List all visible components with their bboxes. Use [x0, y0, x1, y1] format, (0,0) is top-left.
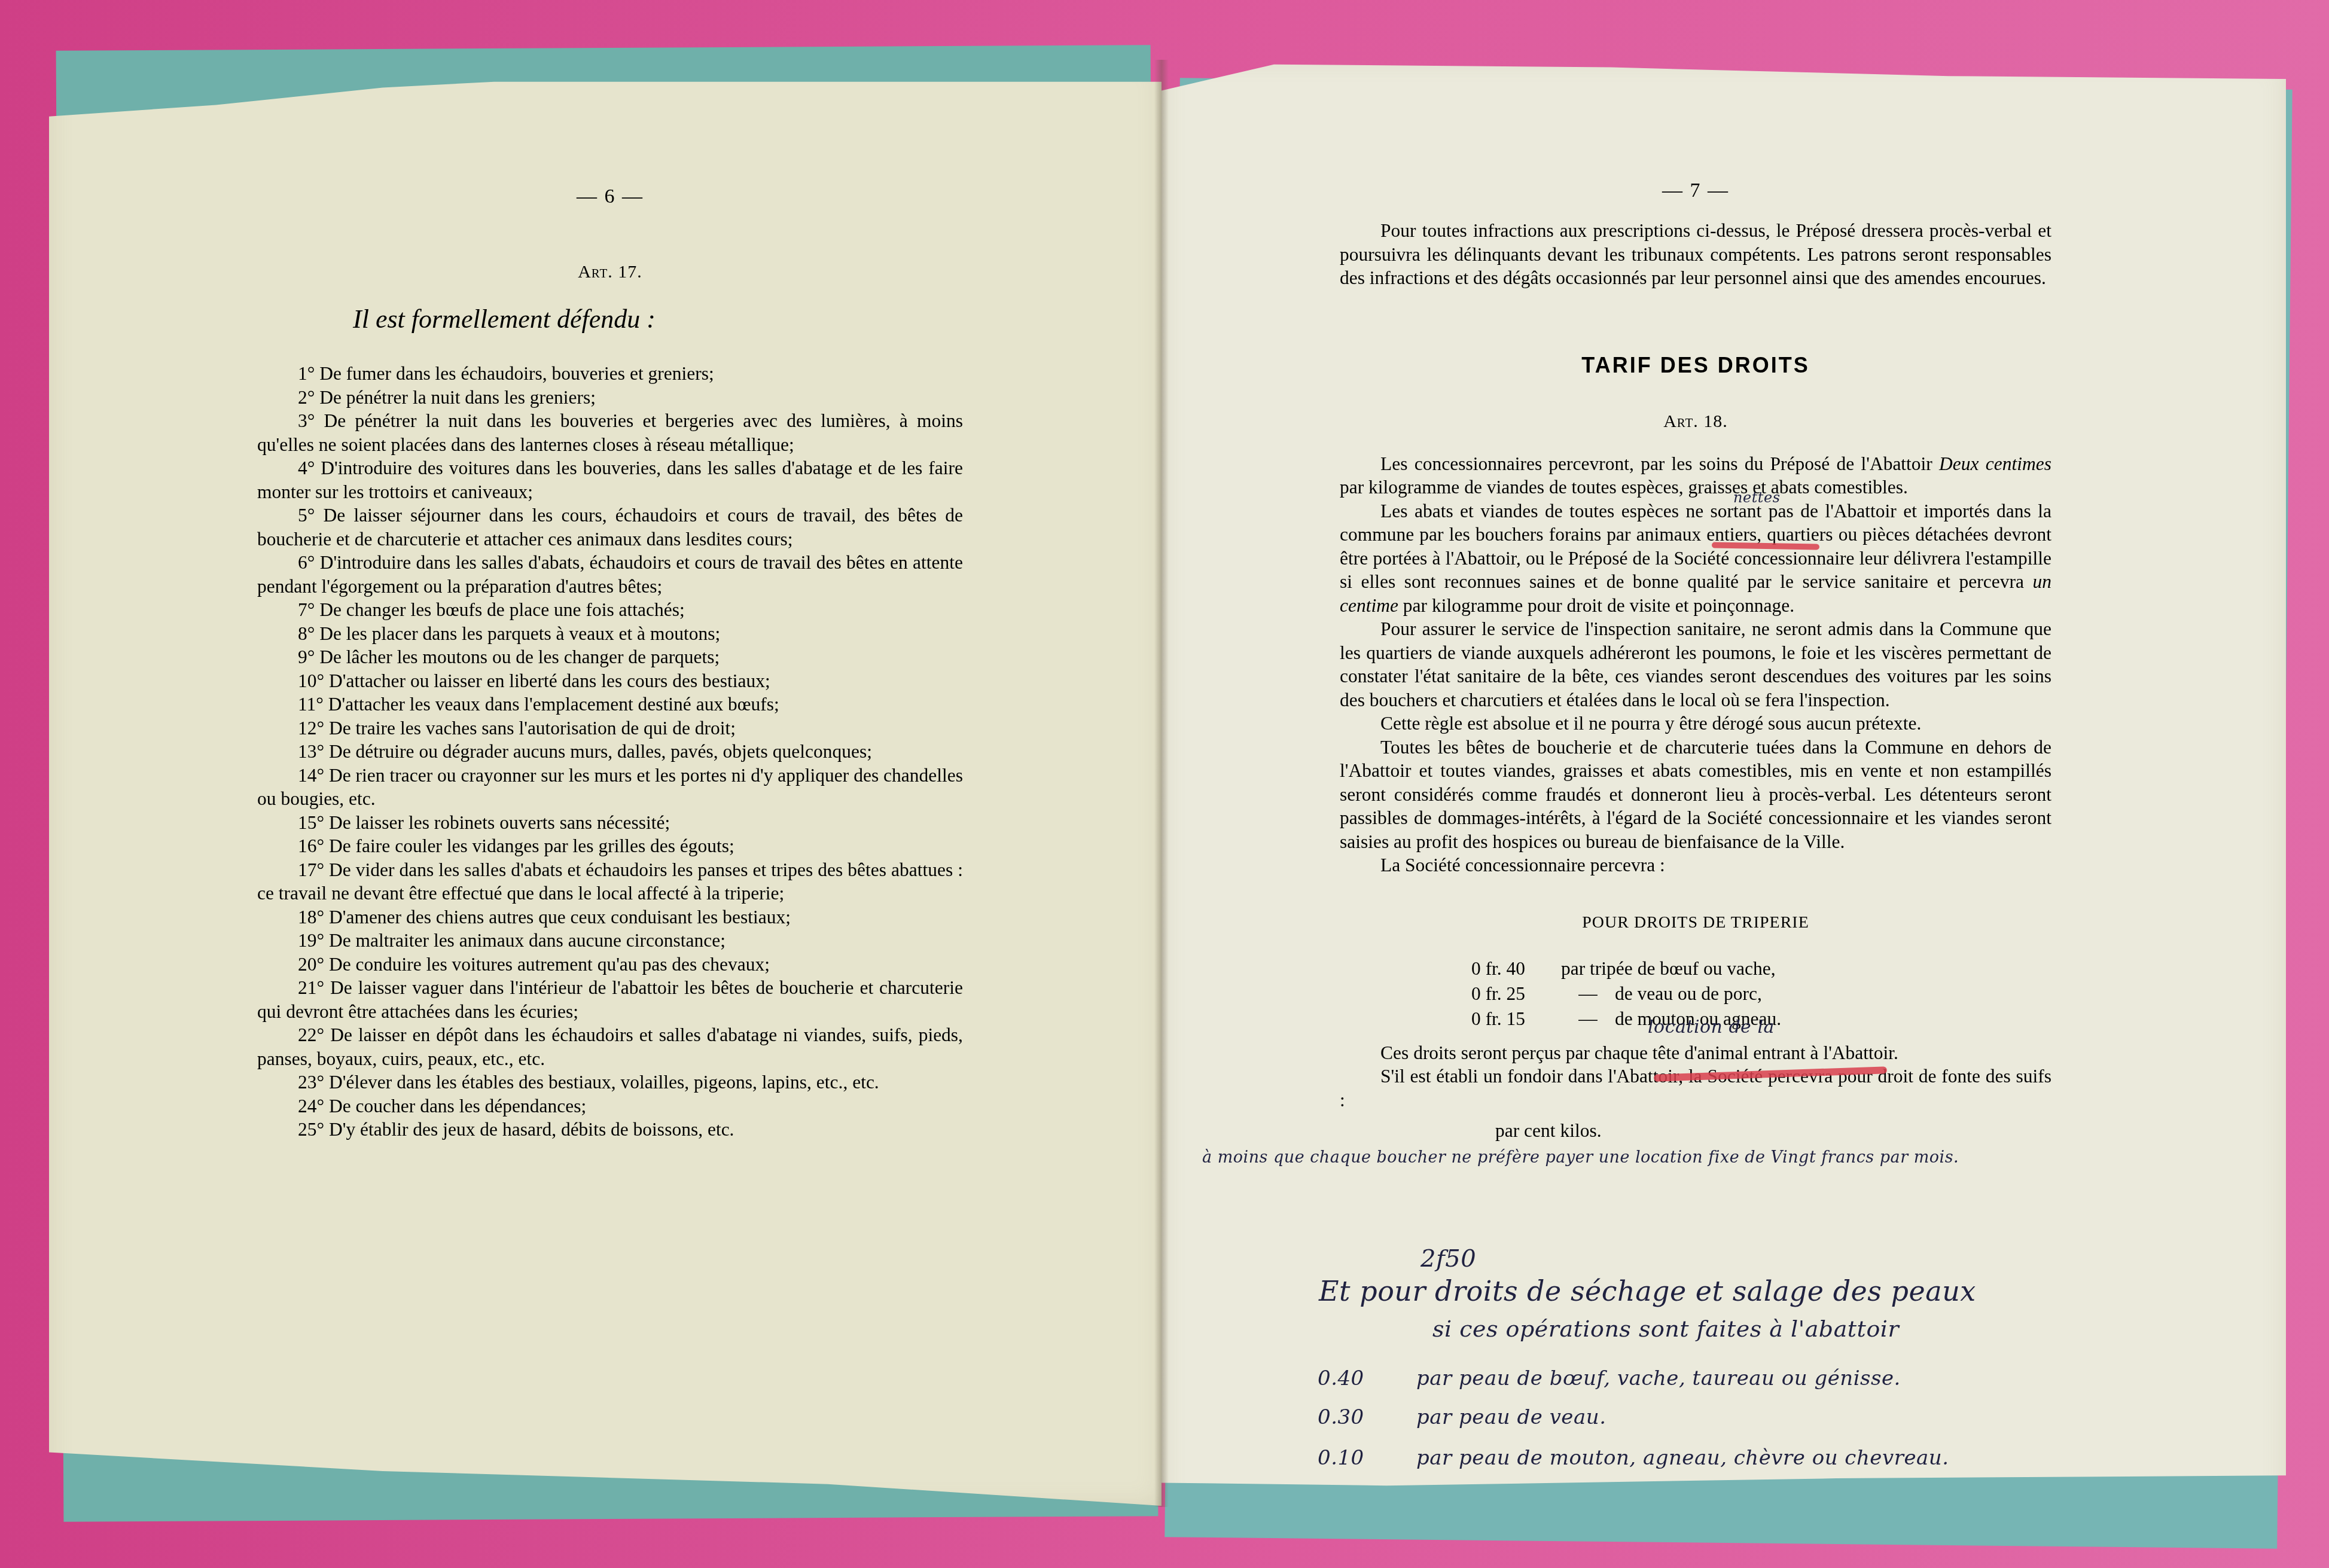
- list-item: 11° D'attacher les veaux dans l'emplacem…: [257, 693, 963, 716]
- paragraph-deux-centimes: Les concessionnaires percevront, par les…: [1340, 452, 2051, 499]
- list-item: 25° D'y établir des jeux de hasard, débi…: [257, 1118, 963, 1142]
- list-item: 7° De changer les bœufs de place une foi…: [257, 598, 963, 622]
- page-number: — 7 —: [1340, 179, 2051, 202]
- article-heading: Art. 17.: [257, 262, 963, 282]
- list-item: 23° D'élever dans les étables des bestia…: [257, 1070, 963, 1094]
- article-heading: Art. 18.: [1340, 411, 2051, 432]
- triperie-heading: POUR DROITS DE TRIPERIE: [1340, 913, 2051, 932]
- list-item: 4° D'introduire des voitures dans les bo…: [257, 456, 963, 504]
- peau-amount: 0.10: [1318, 1446, 1364, 1470]
- prohibition-list: 1° De fumer dans les échaudoirs, bouveri…: [257, 362, 963, 1142]
- tariff-row: 0 fr. 25—de veau ou de porc,: [1471, 981, 2051, 1006]
- list-item: 1° De fumer dans les échaudoirs, bouveri…: [257, 362, 963, 386]
- list-item: 14° De rien tracer ou crayonner sur les …: [257, 764, 963, 811]
- list-item: 20° De conduire les voitures autrement q…: [257, 953, 963, 977]
- list-item: 10° D'attacher ou laisser en liberté dan…: [257, 669, 963, 693]
- list-item: 15° De laisser les robinets ouverts sans…: [257, 811, 963, 835]
- list-item: 2° De pénétrer la nuit dans les greniers…: [257, 386, 963, 410]
- list-item: 24° De coucher dans les dépendances;: [257, 1094, 963, 1118]
- paragraph-tete: Ces droits seront perçus par chaque tête…: [1340, 1041, 2051, 1065]
- list-item: 16° De faire couler les vidanges par les…: [257, 834, 963, 858]
- book-gutter: [1154, 60, 1169, 1507]
- list-item: 21° De laisser vaguer dans l'intérieur d…: [257, 976, 963, 1023]
- paragraph-percevra: La Société concessionnaire percevra :: [1340, 853, 2051, 877]
- article-intro: Il est formellement défendu :: [353, 304, 963, 334]
- list-item: 17° De vider dans les salles d'abats et …: [257, 858, 963, 905]
- handwritten-sechage-line: Et pour droits de séchage et salage des …: [1319, 1275, 1976, 1307]
- page-number: — 6 —: [257, 185, 963, 208]
- handwritten-moins-note: à moins que chaque boucher ne préfère pa…: [1202, 1148, 1959, 1167]
- page-7-content: — 7 — Pour toutes infractions aux prescr…: [1340, 179, 2051, 1142]
- tarif-heading: TARIF DES DROITS: [1340, 353, 2051, 378]
- peau-amount: 0.40: [1318, 1366, 1364, 1390]
- infractions-paragraph: Pour toutes infractions aux prescription…: [1340, 219, 2051, 290]
- paragraph-forains: Les abats et viandes de toutes espèces n…: [1340, 499, 2051, 618]
- paragraph-inspection: Pour assurer le service de l'inspection …: [1340, 617, 2051, 712]
- list-item: 19° De maltraiter les animaux dans aucun…: [257, 929, 963, 953]
- list-item: 8° De les placer dans les parquets à vea…: [257, 622, 963, 646]
- emphasis: Deux centimes: [1939, 453, 2051, 474]
- handwritten-nettes: nettes: [1733, 489, 1780, 506]
- paragraph-fraudes: Toutes les bêtes de boucherie et de char…: [1340, 736, 2051, 854]
- list-item: 13° De détruire ou dégrader aucuns murs,…: [257, 740, 963, 764]
- list-item: 3° De pénétrer la nuit dans les bouverie…: [257, 409, 963, 456]
- list-item: 12° De traire les vaches sans l'autorisa…: [257, 716, 963, 740]
- list-item: 6° D'introduire dans les salles d'abats,…: [257, 551, 963, 598]
- peau-desc: par peau de veau.: [1416, 1405, 1606, 1429]
- list-item: 18° D'amener des chiens autres que ceux …: [257, 905, 963, 929]
- handwritten-location: location de la: [1648, 1017, 1775, 1038]
- page-6-content: — 6 — Art. 17. Il est formellement défen…: [257, 185, 963, 1142]
- handwritten-suifs-price: 2f50: [1420, 1245, 1476, 1273]
- handwritten-abattoir-line: si ces opérations sont faites à l'abatto…: [1432, 1316, 1899, 1342]
- paragraph-fondoir: S'il est établi un fondoir dans l'Abatto…: [1340, 1064, 2051, 1112]
- peau-amount: 0.30: [1318, 1405, 1364, 1429]
- list-item: 9° De lâcher les moutons ou de les chang…: [257, 645, 963, 669]
- list-item: 22° De laisser en dépôt dans les échaudo…: [257, 1023, 963, 1070]
- peau-desc: par peau de bœuf, vache, taureau ou géni…: [1416, 1366, 1901, 1390]
- tariff-row: 0 fr. 40par tripée de bœuf ou vache,: [1471, 956, 2051, 981]
- suifs-unit: par cent kilos.: [1495, 1120, 2051, 1142]
- paragraph-regle: Cette règle est absolue et il ne pourra …: [1340, 712, 2051, 736]
- peau-desc: par peau de mouton, agneau, chèvre ou ch…: [1416, 1446, 1949, 1470]
- list-item: 5° De laisser séjourner dans les cours, …: [257, 504, 963, 551]
